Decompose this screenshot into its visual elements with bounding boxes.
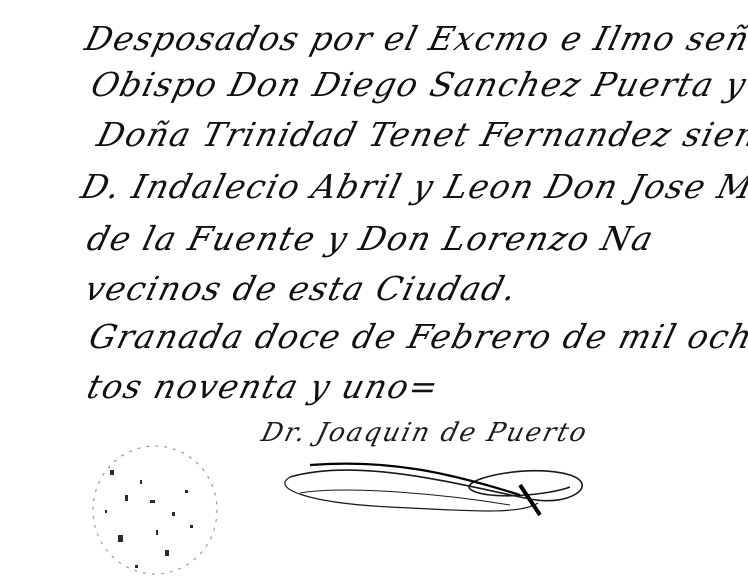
text-line-3: Doña Trinidad Tenet Fernandez siendo (94, 118, 748, 151)
text-line-1: Desposados por el Excmo e Ilmo señor (82, 22, 748, 55)
handwritten-document-page: Desposados por el Excmo e Ilmo señor Obi… (0, 0, 748, 586)
seal-stamp-icon (80, 440, 230, 580)
signature-flourish-icon (270, 455, 610, 525)
text-line-5: de la Fuente y Don Lorenzo Na (84, 222, 658, 255)
text-line-4: D. Indalecio Abril y Leon Don Jose Ma (78, 170, 748, 203)
signature-name: Dr. Joaquin de Puerto (259, 420, 591, 446)
text-line-6: vecinos de esta Ciudad. (82, 272, 521, 305)
text-line-2: Obispo Don Diego Sanchez Puerta y Mendo (88, 68, 748, 101)
text-line-8: tos noventa y uno= (84, 370, 443, 403)
text-line-7: Granada doce de Febrero de mil ocho (86, 320, 748, 353)
